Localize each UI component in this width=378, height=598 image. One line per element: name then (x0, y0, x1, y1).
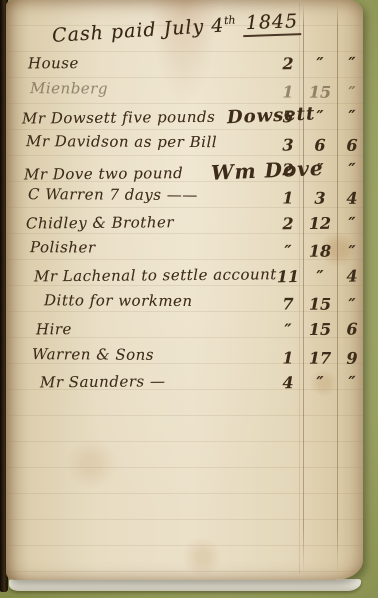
amount-pounds: 2 (274, 54, 302, 73)
entry-description: Mr Saunders — (40, 372, 166, 391)
amount-pence: 6 (338, 319, 366, 338)
amount-pounds: 3 (274, 135, 302, 154)
ledger-row: C Warren 7 days —— 1 3 4 (20, 185, 363, 213)
amount-pounds: 1 (274, 348, 302, 367)
title-text: Cash paid July 4 (51, 14, 224, 46)
ledger-row: Polisher ″ 18 ″ (20, 238, 363, 266)
amount-shillings: 6 (305, 135, 335, 154)
entry-description: Ditto for workmen (44, 292, 193, 311)
amount-shillings: ″ (305, 266, 335, 285)
amount-pence: 6 (338, 136, 366, 155)
ledger-row: Warren & Sons 1 17 9 (20, 345, 363, 373)
amount-shillings: 3 (305, 189, 335, 208)
amount-pounds: 7 (274, 295, 302, 314)
amount-pence: ″ (338, 295, 366, 314)
amount-pounds: 1 (274, 188, 302, 207)
amount-shillings: 15 (305, 320, 335, 339)
title-year: 1845 (242, 10, 301, 37)
amount-pence: ″ (338, 107, 366, 126)
entry-description: Mr Lachenal to settle account (34, 265, 277, 285)
amount-pounds: 1 (274, 82, 302, 101)
amount-pence: ″ (338, 373, 366, 392)
amount-pence: 4 (338, 189, 366, 208)
entry-description: Chidley & Brother (26, 213, 174, 232)
entry-description: Polisher (30, 238, 96, 256)
amount-shillings: ″ (305, 54, 335, 73)
amount-pounds: 11 (274, 267, 302, 286)
entry-description: Hire (36, 320, 72, 338)
entry-description: Mr Dove two pound (24, 164, 183, 183)
entry-description: Mienberg (30, 79, 108, 97)
entry-description: House (28, 54, 79, 72)
page-title: Cash paid July 4th1845 (51, 9, 301, 50)
title-superscript: th (224, 13, 236, 27)
amount-pence: 4 (338, 266, 366, 285)
ledger-row: Mr Lachenal to settle account 11 ″ 4 (20, 264, 363, 294)
amount-pence: ″ (338, 160, 366, 179)
amount-pence: 9 (338, 348, 366, 367)
ledger-row: Hire ″ 15 6 (20, 317, 363, 347)
entry-description: Mr Dowsett five pounds (22, 108, 215, 128)
ledger-row: Chidley & Brother 2 12 ″ (20, 211, 363, 241)
ledger-row: Mr Dowsett five poundsDowsett 5 ″ ″ (20, 105, 363, 135)
amount-shillings: 12 (305, 213, 335, 232)
amount-shillings: 15 (305, 82, 335, 101)
page-under-edges (9, 579, 361, 591)
amount-shillings: 17 (305, 348, 335, 367)
entry-description: Warren & Sons (32, 345, 154, 364)
amount-pence: ″ (338, 82, 366, 101)
entry-description: Mr Davidson as per Bill (26, 132, 217, 151)
ledger-row: Mr Dove two poundWm Dove 2 ″ ″ (20, 158, 363, 188)
amount-pounds: ″ (274, 320, 302, 339)
amount-pence: ″ (338, 213, 366, 232)
amount-pounds: 4 (274, 373, 302, 392)
ledger-row: Mr Saunders — 4 ″ ″ (20, 371, 363, 401)
amount-pounds: ″ (274, 242, 302, 261)
amount-shillings: 15 (305, 295, 335, 314)
amount-shillings: ″ (305, 160, 335, 179)
ledger-page: Cash paid July 4th1845 House 2 ″ ″ Mienb… (6, 0, 363, 580)
ledger-row: House 2 ″ ″ (20, 52, 363, 82)
photo-frame: Cash paid July 4th1845 House 2 ″ ″ Mienb… (0, 0, 378, 598)
amount-shillings: 18 (305, 242, 335, 261)
ledger-row: Ditto for workmen 7 15 ″ (20, 291, 363, 319)
ledger-entries: House 2 ″ ″ Mienberg 1 15 ″ Mr Dowsett f… (20, 53, 363, 399)
amount-shillings: ″ (305, 373, 335, 392)
amount-pounds: 2 (274, 214, 302, 233)
amount-pence: ″ (338, 53, 366, 72)
amount-pounds: 5 (274, 107, 302, 126)
entry-description: C Warren 7 days —— (28, 185, 198, 204)
amount-pence: ″ (338, 242, 366, 261)
entry-signature: Dowsett (227, 104, 316, 129)
amount-shillings: ″ (305, 107, 335, 126)
amount-pounds: 2 (274, 160, 302, 179)
